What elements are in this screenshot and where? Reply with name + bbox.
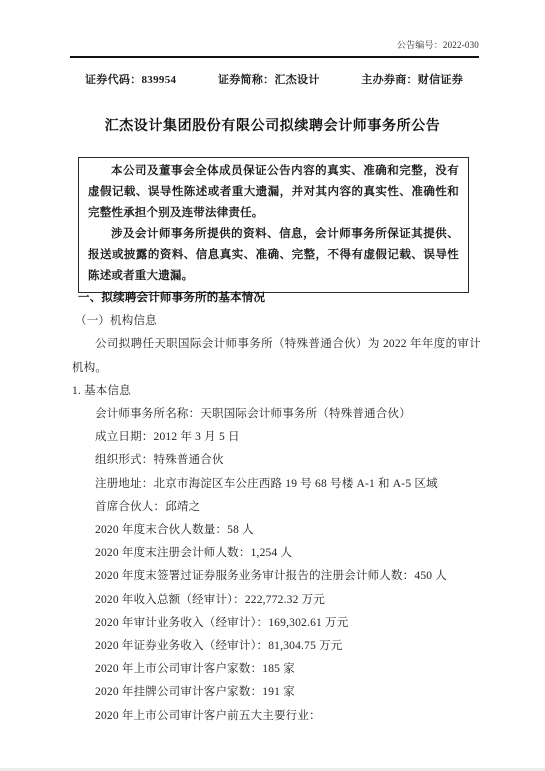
detail-line: 2020 年审计业务收入（经审计）：169,302.61 万元 xyxy=(72,612,481,635)
detail-line: 首席合伙人：邱靖之 xyxy=(72,496,481,519)
announcement-document-page: 公告编号：2022-030 证券代码：839954 证券简称：汇杰设计 主办券商… xyxy=(0,0,545,771)
header-divider xyxy=(70,56,479,58)
document-body: 一、拟续聘会计师事务所的基本情况 （一）机构信息 公司拟聘任天职国际会计师事务所… xyxy=(72,287,481,728)
detail-line: 会计师事务所名称：天职国际会计师事务所（特殊普通合伙） xyxy=(72,403,481,426)
section-heading: 一、拟续聘会计师事务所的基本情况 xyxy=(72,287,481,310)
intro-paragraph: 公司拟聘任天职国际会计师事务所（特殊普通合伙）为 2022 年年度的审计机构。 xyxy=(72,333,481,379)
announcement-number: 公告编号：2022-030 xyxy=(397,38,479,51)
detail-line: 2020 年度末注册会计师人数：1,254 人 xyxy=(72,542,481,565)
detail-line: 2020 年上市公司审计客户前五大主要行业： xyxy=(72,705,481,728)
detail-line: 组织形式：特殊普通合伙 xyxy=(72,449,481,472)
securities-info-row: 证券代码：839954 证券简称：汇杰设计 主办券商：财信证券 xyxy=(85,71,463,87)
detail-line: 2020 年挂牌公司审计客户家数：191 家 xyxy=(72,681,481,704)
detail-line: 2020 年收入总额（经审计）：222,772.32 万元 xyxy=(72,589,481,612)
basic-info-heading: 1. 基本信息 xyxy=(72,380,481,403)
detail-line: 2020 年证券业务收入（经审计）：81,304.75 万元 xyxy=(72,635,481,658)
firm-detail-list: 会计师事务所名称：天职国际会计师事务所（特殊普通合伙）成立日期：2012 年 3… xyxy=(72,403,481,728)
sponsor-broker: 主办券商：财信证券 xyxy=(361,71,463,87)
detail-line: 成立日期：2012 年 3 月 5 日 xyxy=(72,426,481,449)
notice-paragraph-2: 涉及会计师事务所提供的资料、信息，会计师事务所保证其提供、报送或披露的资料、信息… xyxy=(88,224,459,287)
notice-paragraph-1: 本公司及董事会全体成员保证公告内容的真实、准确和完整，没有虚假记载、误导性陈述或… xyxy=(88,161,459,224)
securities-code: 证券代码：839954 xyxy=(85,71,176,87)
page-title: 汇杰设计集团股份有限公司拟续聘会计师事务所公告 xyxy=(40,115,505,135)
detail-line: 2020 年度末签署过证券服务业务审计报告的注册会计师人数：450 人 xyxy=(72,565,481,588)
detail-line: 2020 年度末合伙人数量：58 人 xyxy=(72,519,481,542)
detail-line: 注册地址：北京市海淀区车公庄西路 19 号 68 号楼 A-1 和 A-5 区域 xyxy=(72,473,481,496)
subsection-heading: （一）机构信息 xyxy=(72,310,481,333)
securities-short-name: 证券简称：汇杰设计 xyxy=(218,71,320,87)
board-guarantee-notice-box: 本公司及董事会全体成员保证公告内容的真实、准确和完整，没有虚假记载、误导性陈述或… xyxy=(78,157,469,293)
detail-line: 2020 年上市公司审计客户家数：185 家 xyxy=(72,658,481,681)
